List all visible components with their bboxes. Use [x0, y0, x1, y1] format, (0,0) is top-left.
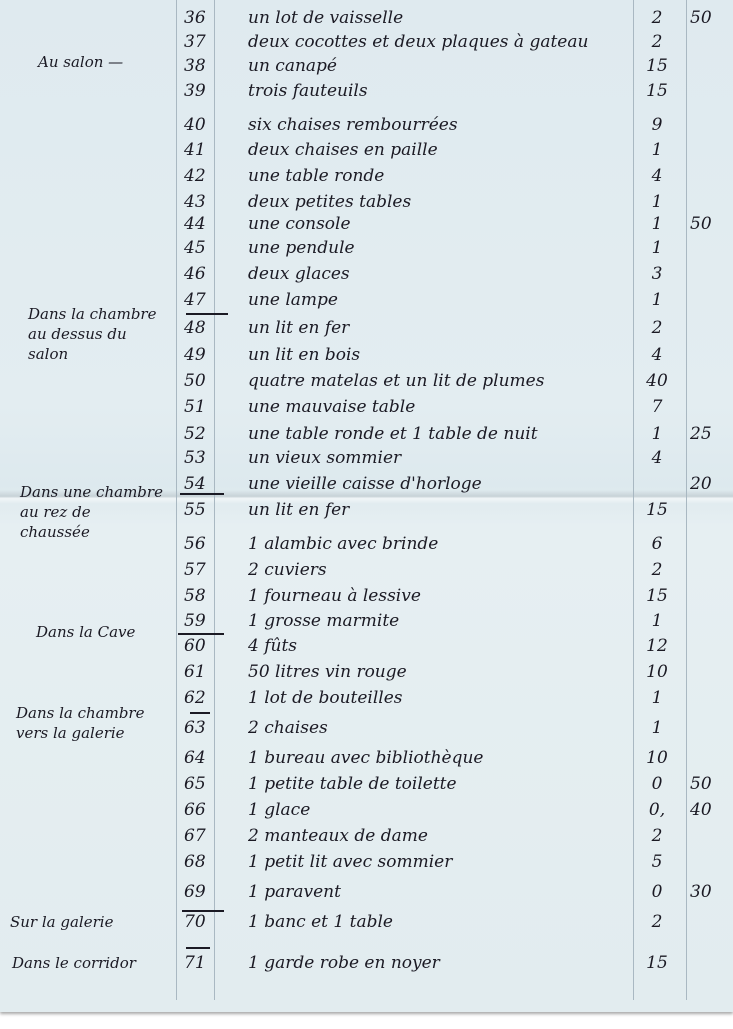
item-number: 70 — [184, 912, 224, 932]
item-number: 48 — [184, 318, 224, 338]
item-value-francs: 2 — [637, 8, 677, 28]
item-value-francs: 2 — [637, 560, 677, 580]
item-description: 1 garde robe en noyer — [248, 953, 628, 973]
item-description: 1 petit lit avec sommier — [248, 852, 628, 872]
item-number: 62 — [184, 688, 224, 708]
item-value-francs: 5 — [637, 852, 677, 872]
inventory-row: 36un lot de vaisselle250 — [0, 8, 733, 32]
inventory-row: 591 grosse marmite1 — [0, 611, 733, 635]
item-value-francs: 1 — [637, 611, 677, 631]
item-description: deux cocottes et deux plaques à gateau — [248, 32, 628, 52]
item-value-centimes: 30 — [690, 882, 730, 902]
item-description: 1 fourneau à lessive — [248, 586, 628, 606]
item-value-francs: 9 — [637, 115, 677, 135]
item-description: deux chaises en paille — [248, 140, 628, 160]
item-description: quatre matelas et un lit de plumes — [248, 371, 628, 391]
inventory-row: 711 garde robe en noyer15 — [0, 953, 733, 977]
inventory-row: 50quatre matelas et un lit de plumes40 — [0, 371, 733, 395]
item-number: 56 — [184, 534, 224, 554]
item-number: 68 — [184, 852, 224, 872]
item-value-francs: 1 — [637, 238, 677, 258]
item-number: 63 — [184, 718, 224, 738]
item-value-francs: 6 — [637, 534, 677, 554]
inventory-row: 701 banc et 1 table2 — [0, 912, 733, 936]
item-value-centimes: 20 — [690, 474, 730, 494]
item-value-francs: 2 — [637, 826, 677, 846]
inventory-row: 572 cuviers2 — [0, 560, 733, 584]
inventory-row: 53un vieux sommier4 — [0, 448, 733, 472]
item-value-francs: 1 — [637, 290, 677, 310]
item-number: 69 — [184, 882, 224, 902]
item-description: 1 grosse marmite — [248, 611, 628, 631]
item-description: 1 alambic avec brinde — [248, 534, 628, 554]
item-description: une vieille caisse d'horloge — [248, 474, 628, 494]
item-description: trois fauteuils — [248, 81, 628, 101]
item-description: 1 petite table de toilette — [248, 774, 628, 794]
inventory-row: 604 fûts12 — [0, 636, 733, 660]
inventory-row: 55un lit en fer15 — [0, 500, 733, 524]
item-value-francs: 1 — [637, 688, 677, 708]
item-value-francs: 3 — [637, 264, 677, 284]
item-description: un lot de vaisselle — [248, 8, 628, 28]
item-number: 61 — [184, 662, 224, 682]
inventory-row: 52une table ronde et 1 table de nuit125 — [0, 424, 733, 448]
inventory-row: 38un canapé15 — [0, 56, 733, 80]
item-value-francs: 15 — [637, 953, 677, 973]
item-description: deux glaces — [248, 264, 628, 284]
item-description: 2 chaises — [248, 718, 628, 738]
item-value-francs: 0 — [637, 882, 677, 902]
item-value-francs: 4 — [637, 448, 677, 468]
item-value-francs: 1 — [637, 424, 677, 444]
room-separator-line — [190, 712, 210, 714]
item-number: 41 — [184, 140, 224, 160]
item-description: 50 litres vin rouge — [248, 662, 628, 682]
item-number: 40 — [184, 115, 224, 135]
item-value-francs: 2 — [637, 32, 677, 52]
item-value-francs: 2 — [637, 318, 677, 338]
inventory-row: 681 petit lit avec sommier5 — [0, 852, 733, 876]
item-number: 51 — [184, 397, 224, 417]
item-description: 1 bureau avec bibliothèque — [248, 748, 628, 768]
item-number: 54 — [184, 474, 224, 494]
item-number: 60 — [184, 636, 224, 656]
inventory-row: 48un lit en fer2 — [0, 318, 733, 342]
item-description: 4 fûts — [248, 636, 628, 656]
inventory-row: 39trois fauteuils15 — [0, 81, 733, 105]
room-separator-line — [186, 947, 210, 949]
item-number: 67 — [184, 826, 224, 846]
item-number: 59 — [184, 611, 224, 631]
item-description: une console — [248, 214, 628, 234]
inventory-row: 581 fourneau à lessive15 — [0, 586, 733, 610]
item-number: 58 — [184, 586, 224, 606]
inventory-row: 6150 litres vin rouge10 — [0, 662, 733, 686]
item-value-francs: 1 — [637, 718, 677, 738]
inventory-row: 632 chaises1 — [0, 718, 733, 742]
item-number: 57 — [184, 560, 224, 580]
item-number: 52 — [184, 424, 224, 444]
inventory-row: 40six chaises rembourrées9 — [0, 115, 733, 139]
item-description: 1 glace — [248, 800, 628, 820]
inventory-row: 672 manteaux de dame2 — [0, 826, 733, 850]
item-value-francs: 1 — [637, 192, 677, 212]
item-number: 43 — [184, 192, 224, 212]
inventory-row: 641 bureau avec bibliothèque10 — [0, 748, 733, 772]
inventory-row: 37deux cocottes et deux plaques à gateau… — [0, 32, 733, 56]
inventory-row: 45une pendule1 — [0, 238, 733, 262]
item-description: 2 cuviers — [248, 560, 628, 580]
inventory-row: 43deux petites tables1 — [0, 192, 733, 216]
item-number: 49 — [184, 345, 224, 365]
item-description: 1 paravent — [248, 882, 628, 902]
item-value-francs: 40 — [637, 371, 677, 391]
item-number: 45 — [184, 238, 224, 258]
inventory-row: 561 alambic avec brinde6 — [0, 534, 733, 558]
item-description: un vieux sommier — [248, 448, 628, 468]
item-value-centimes: 25 — [690, 424, 730, 444]
item-value-francs: 7 — [637, 397, 677, 417]
item-value-francs: 15 — [637, 56, 677, 76]
inventory-row: 44une console150 — [0, 214, 733, 238]
item-value-centimes: 50 — [690, 8, 730, 28]
item-description: un lit en fer — [248, 500, 628, 520]
inventory-row: 661 glace0,40 — [0, 800, 733, 824]
inventory-row: 691 paravent030 — [0, 882, 733, 906]
item-number: 38 — [184, 56, 224, 76]
inventory-row: 46deux glaces3 — [0, 264, 733, 288]
item-value-francs: 0, — [637, 800, 677, 820]
item-value-francs: 10 — [637, 748, 677, 768]
item-description: une lampe — [248, 290, 628, 310]
item-number: 46 — [184, 264, 224, 284]
item-value-centimes: 40 — [690, 800, 730, 820]
item-description: deux petites tables — [248, 192, 628, 212]
item-description: un lit en fer — [248, 318, 628, 338]
item-number: 50 — [184, 371, 224, 391]
item-value-centimes: 50 — [690, 214, 730, 234]
inventory-row: 54une vieille caisse d'horloge20 — [0, 474, 733, 498]
item-value-francs: 1 — [637, 140, 677, 160]
item-number: 44 — [184, 214, 224, 234]
item-number: 66 — [184, 800, 224, 820]
item-description: une table ronde — [248, 166, 628, 186]
item-value-francs: 12 — [637, 636, 677, 656]
item-value-francs: 15 — [637, 500, 677, 520]
item-number: 39 — [184, 81, 224, 101]
item-number: 37 — [184, 32, 224, 52]
inventory-row: 42une table ronde4 — [0, 166, 733, 190]
inventory-row: 651 petite table de toilette050 — [0, 774, 733, 798]
item-value-francs: 2 — [637, 912, 677, 932]
item-description: 2 manteaux de dame — [248, 826, 628, 846]
item-description: 1 banc et 1 table — [248, 912, 628, 932]
item-value-francs: 4 — [637, 166, 677, 186]
item-number: 36 — [184, 8, 224, 28]
item-number: 71 — [184, 953, 224, 973]
item-value-francs: 1 — [637, 214, 677, 234]
item-value-francs: 15 — [637, 586, 677, 606]
inventory-row: 621 lot de bouteilles1 — [0, 688, 733, 712]
item-description: une mauvaise table — [248, 397, 628, 417]
item-description: une table ronde et 1 table de nuit — [248, 424, 628, 444]
item-description: un lit en bois — [248, 345, 628, 365]
inventory-row: 47une lampe1 — [0, 290, 733, 314]
item-number: 53 — [184, 448, 224, 468]
item-number: 55 — [184, 500, 224, 520]
paper-sheet: Au salon —Dans la chambreau dessus dusal… — [0, 0, 733, 1012]
item-value-francs: 15 — [637, 81, 677, 101]
item-number: 64 — [184, 748, 224, 768]
item-value-francs: 0 — [637, 774, 677, 794]
inventory-row: 51une mauvaise table7 — [0, 397, 733, 421]
item-number: 65 — [184, 774, 224, 794]
item-description: une pendule — [248, 238, 628, 258]
item-number: 42 — [184, 166, 224, 186]
item-description: six chaises rembourrées — [248, 115, 628, 135]
item-value-centimes: 50 — [690, 774, 730, 794]
inventory-row: 41deux chaises en paille1 — [0, 140, 733, 164]
inventory-row: 49un lit en bois4 — [0, 345, 733, 369]
item-value-francs: 4 — [637, 345, 677, 365]
item-value-francs: 10 — [637, 662, 677, 682]
item-description: 1 lot de bouteilles — [248, 688, 628, 708]
item-number: 47 — [184, 290, 224, 310]
item-description: un canapé — [248, 56, 628, 76]
